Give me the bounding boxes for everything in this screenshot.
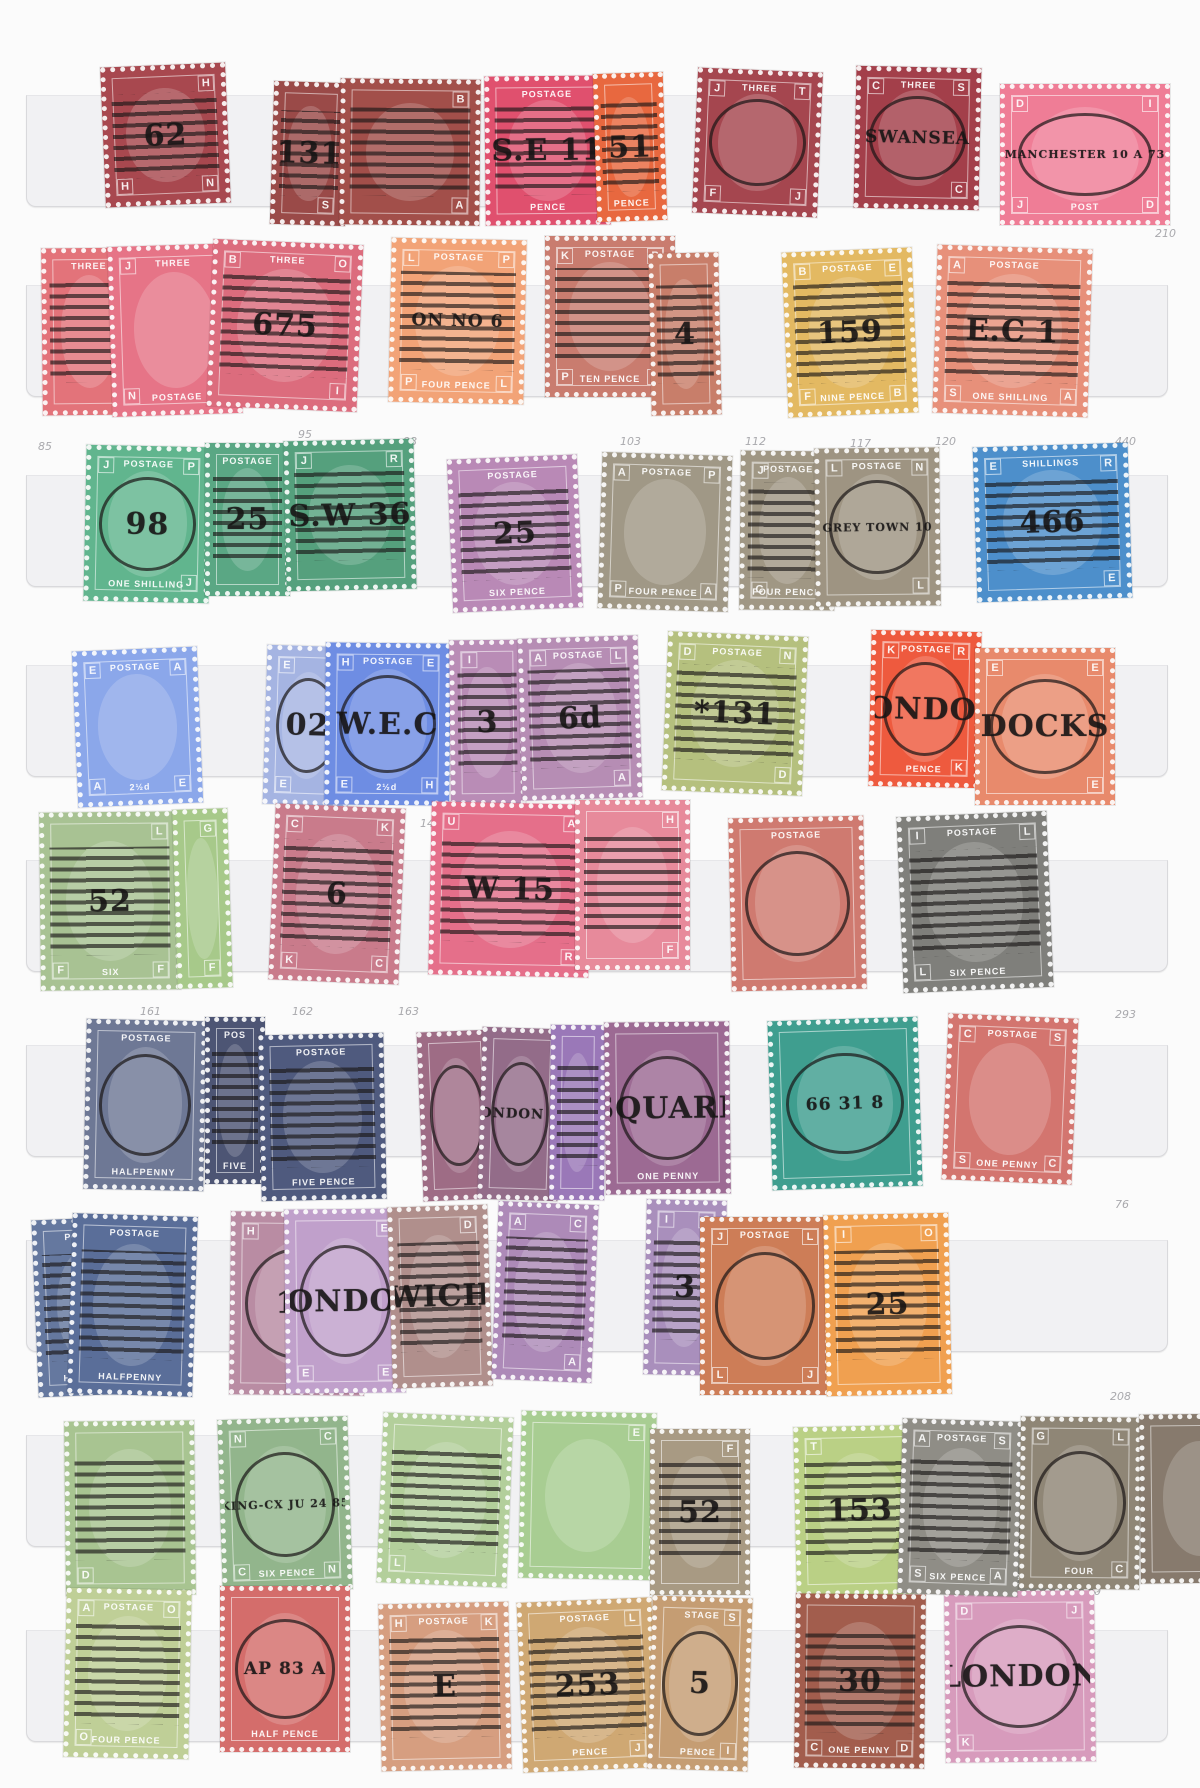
postmark-text: SWANSEA	[865, 127, 971, 149]
postmark-text: 153	[827, 1492, 893, 1528]
stamp: ILLPOSTAGESIX PENCE	[896, 811, 1053, 993]
corner-letter: E	[275, 776, 291, 792]
pencil-catalogue-number: 163	[398, 1005, 419, 1018]
corner-letter: D	[78, 1567, 94, 1583]
corner-letter: G	[1033, 1429, 1049, 1445]
stamp: HKPOSTAGEE	[378, 1602, 511, 1772]
postmark-text: 66 31 8	[805, 1092, 884, 1114]
stamp: DIJDPOSTMANCHESTER 10 A 73	[1000, 84, 1170, 225]
stamp: LNLPOSTAGEGREY TOWN 10	[814, 447, 941, 606]
corner-letter: T	[805, 1439, 821, 1455]
stamp: POSFIVE	[205, 1017, 265, 1184]
stamp: APPAPOSTAGEFOUR PENCE	[598, 452, 733, 612]
stamp: D	[64, 1420, 196, 1595]
pencil-catalogue-number: 85	[38, 440, 52, 453]
corner-letter: E	[1087, 777, 1103, 793]
stamp: HALF PENCEAP 83 A	[220, 1586, 350, 1752]
corner-letter: E	[1104, 570, 1120, 586]
stamp: DWICH	[387, 1204, 493, 1388]
stamp: JPJPOSTAGEONE SHILLING98	[83, 445, 211, 604]
corner-letter: E	[987, 660, 1003, 676]
stamp: POSTAGEFIVE PENCE	[258, 1033, 386, 1202]
stamp: BA	[339, 78, 481, 225]
corner-letter: A	[614, 769, 630, 785]
postmark-text: DOCKS	[981, 709, 1110, 744]
duplex-cancel-bars	[584, 834, 681, 936]
corner-letter: H	[117, 178, 134, 195]
postmark-text: S.E 11	[491, 132, 603, 168]
duplex-cancel-bars	[74, 1622, 182, 1726]
pencil-catalogue-number: 293	[1115, 1008, 1136, 1021]
stamp: IO25	[823, 1213, 952, 1397]
stamp-value-text: ONE PENNY	[611, 1170, 726, 1181]
corner-letter: A	[510, 1213, 527, 1230]
stamp: HEEHPOSTAGE2½dW.E.C	[324, 642, 451, 805]
corner-letter: L	[1113, 1429, 1129, 1445]
postmark-text: 25	[492, 515, 537, 552]
stamp-top-text: POS	[210, 1030, 260, 1040]
corner-letter: D	[774, 767, 791, 784]
stamp: GLCFOUR	[1019, 1416, 1141, 1589]
stamp: JTFJTHREE	[692, 67, 823, 217]
corner-letter: R	[386, 451, 402, 467]
corner-letter: C	[287, 816, 304, 833]
postmark-text: 6	[325, 876, 348, 912]
postmark-text: 159	[816, 314, 883, 352]
stamp-value-text: HALF PENCE	[225, 1729, 345, 1739]
stamp: CSSCPOSTAGEONE PENNY	[942, 1013, 1079, 1184]
stamp-value-text: ONE PENNY	[799, 1744, 919, 1755]
stamp: L	[376, 1412, 513, 1587]
corner-letter: J	[789, 188, 806, 205]
corner-letter: J	[802, 1367, 818, 1383]
postmark-text: 131	[276, 135, 343, 172]
postmark-text: 02	[285, 707, 330, 743]
postmark-text: 4	[674, 316, 697, 351]
stamp: CSCTHREESWANSEA	[854, 66, 982, 211]
stamp-top-text: POSTAGE	[705, 1230, 825, 1240]
stamp: UARW 15	[428, 801, 592, 977]
duplex-cancel-bars	[212, 1050, 258, 1151]
pencil-catalogue-number: 120	[935, 435, 956, 448]
duplex-cancel-bars	[388, 1447, 503, 1554]
corner-letter: L	[151, 823, 167, 839]
postmark-text: *131	[693, 694, 777, 732]
postmark-text: 52	[88, 883, 132, 918]
corner-letter: A	[451, 197, 467, 213]
corner-letter: U	[443, 814, 459, 830]
pencil-catalogue-number: 112	[745, 435, 766, 448]
postmark-text: 253	[554, 1666, 621, 1704]
stamp: KRKPOSTAGEPENCELONDON	[868, 630, 981, 788]
postmark-text: W.E.C	[336, 706, 438, 742]
pencil-catalogue-number: 161	[140, 1005, 161, 1018]
stamp-value-text: PENCE	[491, 201, 606, 212]
stamp: LFFSIX52	[39, 811, 181, 990]
corner-letter: L	[712, 1367, 728, 1383]
stamp: POSTAGE	[728, 816, 867, 992]
stamp: 66 31 8	[767, 1017, 922, 1191]
corner-letter: F	[662, 942, 678, 958]
corner-letter: I	[658, 1211, 674, 1227]
duplex-cancel-bars	[908, 1453, 1012, 1562]
corner-letter: J	[1066, 1602, 1082, 1618]
corner-letter: L	[389, 1555, 406, 1572]
postmark-text: S.W 36	[288, 496, 412, 534]
pencil-catalogue-number: 208	[1110, 1390, 1131, 1403]
corner-letter: H	[243, 1223, 259, 1239]
stamp: HF	[575, 800, 690, 970]
stamp-top-text: POSTAGE	[331, 655, 446, 666]
stamp: EAAEPOSTAGE2½d	[72, 646, 203, 807]
postmark-text: LONDON	[944, 1658, 1096, 1695]
stamp: NCCNSIX PENCEKING-CX JU 24 85	[217, 1416, 352, 1593]
corner-letter: K	[376, 820, 393, 837]
stamp: ACA	[491, 1201, 598, 1383]
corner-letter: F	[722, 1441, 738, 1457]
corner-letter: J	[296, 453, 312, 469]
duplex-cancel-bars	[269, 1066, 377, 1168]
duplex-cancel-bars	[74, 1455, 185, 1561]
stamp: DJKLONDON	[944, 1590, 1096, 1763]
stamp: S131	[270, 81, 349, 226]
stamp-value-text: PENCE	[874, 763, 974, 775]
postmark-text: 52	[678, 1495, 722, 1530]
postmark-text: WICH	[388, 1277, 493, 1315]
corner-letter: I	[835, 1227, 851, 1243]
pencil-catalogue-number: 162	[292, 1005, 313, 1018]
stamp: JLLJPOSTAGE	[700, 1217, 830, 1395]
stamp: POSTAGEHALFPENNY	[83, 1019, 207, 1191]
corner-letter: F	[204, 959, 220, 975]
corner-letter: B	[452, 91, 468, 107]
pencil-catalogue-number: 76	[1115, 1198, 1129, 1211]
corner-letter: I	[1142, 96, 1158, 112]
corner-letter: F	[705, 185, 722, 202]
postmark-text: 3	[476, 705, 498, 740]
stamp: AOOPOSTAGEFOUR PENCE	[63, 1588, 192, 1760]
postmark-text: 30	[838, 1663, 882, 1698]
stamp: CKKC6	[268, 803, 405, 984]
postmark-text: 51	[608, 129, 653, 165]
stamp: LPPLPOSTAGEFOUR PENCEON NO 6	[388, 238, 526, 405]
postmark-text: 98	[125, 506, 169, 542]
stamp: POSTAGE25	[205, 443, 290, 596]
stamp: I3	[449, 640, 526, 806]
stamp-value-text: PENCE	[602, 197, 662, 209]
corner-letter: I	[461, 652, 477, 668]
stamp: ALAPOSTAGE6d	[517, 635, 642, 801]
corner-letter: C	[570, 1216, 587, 1233]
stamp-top-text: POSTAGE	[489, 88, 604, 99]
corner-letter: N	[230, 1431, 246, 1447]
duplex-cancel-bars	[556, 1059, 599, 1165]
stamp: GF	[172, 808, 233, 989]
duplex-cancel-bars	[501, 1237, 588, 1348]
corner-letter: H	[662, 812, 678, 828]
postmark-text: 6d	[558, 700, 603, 736]
corner-letter: E	[298, 1365, 314, 1381]
corner-letter: I	[329, 383, 346, 400]
stamp-top-text: POSTAGE	[210, 456, 285, 466]
corner-letter: C	[320, 1428, 336, 1444]
corner-letter: N	[202, 175, 219, 192]
stamp: POSTAGEPENCES.E 11	[484, 75, 611, 225]
corner-letter: D	[956, 1603, 972, 1619]
stamp: SISTAGEPENCE5	[647, 1595, 752, 1771]
stamp: JRS.W 36	[283, 439, 416, 592]
stamp-value-text: 2½d	[329, 781, 444, 792]
duplex-cancel-bars	[78, 1249, 187, 1361]
corner-letter: G	[200, 821, 216, 837]
stamp: ASAPOSTAGEONE SHILLINGE.C 1	[932, 245, 1092, 418]
stamp: E	[518, 1411, 656, 1581]
stamp: 4	[648, 252, 721, 415]
postmark-text: AP 83 A	[244, 1659, 326, 1679]
postmark-text: 3	[674, 1270, 697, 1305]
postmark-text: ON NO 6	[411, 310, 503, 332]
stamp: CDONE PENNY30	[794, 1593, 926, 1768]
corner-letter: K	[958, 1734, 974, 1750]
postmark-text: MANCHESTER 10 A 73	[1005, 148, 1166, 161]
circular-datestamp	[715, 1252, 816, 1360]
corner-letter: O	[920, 1225, 936, 1241]
postmark-text: 25	[226, 502, 270, 537]
postmark-text: SQUARE	[604, 1090, 731, 1127]
stamp: BOITHREE675	[207, 239, 364, 412]
stamp: ASSAPOSTAGESIX PENCE	[897, 1418, 1022, 1597]
postmark-text: LONDON	[284, 1283, 406, 1320]
stamp-top-text: POSTAGE	[819, 460, 934, 471]
corner-letter: E	[279, 657, 295, 673]
stamp-top-text: POSTAGE	[876, 643, 976, 655]
postmark-text: E	[433, 1669, 458, 1704]
postmark-text: 62	[143, 117, 188, 154]
stamp-value-text: POST	[1005, 202, 1165, 212]
postmark-text: W 15	[465, 871, 556, 908]
pencil-catalogue-number: 103	[620, 435, 641, 448]
stamp: AL	[1139, 1413, 1200, 1583]
corner-letter: E	[628, 1425, 644, 1441]
stamp-value-text: SIX	[46, 966, 176, 977]
stamp-value-text: FOUR	[1024, 1565, 1134, 1576]
stamp: HHN62	[100, 62, 231, 207]
corner-letter: S	[317, 197, 333, 213]
stamp: DNDPOSTAGE*131	[662, 631, 809, 796]
stamp: POSTAGESIX PENCE25	[447, 454, 583, 612]
postmark-text: 5	[689, 1666, 712, 1702]
stamp: EEEDOCKS	[975, 648, 1115, 805]
duplex-cancel-bars	[908, 846, 1041, 958]
corner-letter: D	[460, 1217, 476, 1233]
duplex-cancel-bars	[350, 108, 471, 196]
corner-letter: C	[951, 182, 967, 198]
postmark-text: LONDON	[868, 690, 981, 728]
stamp: POSTAGEHALFPENNY	[67, 1213, 198, 1397]
corner-letter: L	[913, 577, 929, 593]
stamp: F52	[650, 1429, 750, 1595]
corner-letter: H	[198, 75, 215, 92]
pencil-catalogue-number: 95	[298, 428, 312, 441]
postmark-text: GREY TOWN 10	[822, 520, 932, 534]
pencil-catalogue-number: 210	[1155, 227, 1176, 240]
stamp: PENCE51	[593, 72, 668, 222]
stamp: ERESHILLINGS466	[973, 443, 1133, 603]
stamp-value-text: FIVE	[210, 1161, 260, 1171]
stockbook-strip	[26, 1240, 1168, 1352]
corner-letter: C	[371, 955, 388, 972]
stamp	[549, 1025, 606, 1201]
postmark-text: 25	[865, 1287, 909, 1323]
postmark-text: 675	[251, 307, 318, 345]
stamp: ONE PENNYSQUARE	[604, 1021, 731, 1194]
stamp: BEFBPOSTAGENINE PENCE159	[782, 247, 919, 417]
corner-letter: E	[1087, 660, 1103, 676]
corner-letter: K	[281, 952, 298, 969]
postmark-text: 466	[1019, 504, 1086, 541]
corner-letter: D	[1012, 96, 1028, 112]
corner-letter: A	[564, 1354, 581, 1371]
stamp: LJPOSTAGEPENCE253	[516, 1597, 658, 1773]
postmark-text: E.C 1	[965, 312, 1060, 350]
